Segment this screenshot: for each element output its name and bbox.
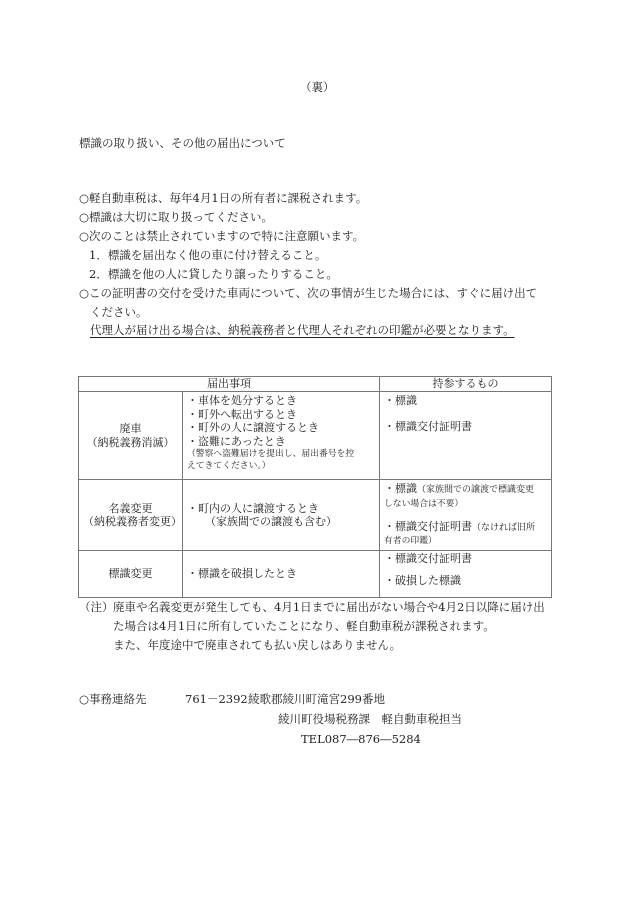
row-type: 廃車 （納税義務消滅） (79, 392, 183, 480)
row-conditions: ・車体を処分するとき ・町外へ転出するとき ・町外の人に譲渡するとき ・盗難にあ… (183, 392, 380, 480)
row-items: ・標識 ・標識交付証明書 (380, 392, 552, 480)
table-row: 標識変更 ・標識を破損したとき ・標識交付証明書 ・破損した標識 (79, 551, 552, 598)
prohibited-item-1: 1．標識を届出なく他の車に付け替えること。 (89, 248, 326, 263)
row-conditions: ・町内の人に譲渡するとき （家族間での譲渡も含む） (183, 480, 380, 551)
agent-notice: 代理人が届け出る場合は、納税義務者と代理人それぞれの印鑑が必要となります。 (90, 323, 515, 338)
type-sublabel: （納税義務消滅） (83, 436, 178, 450)
row-type: 名義変更 （納税義務者変更） (79, 480, 183, 551)
type-label: 名義変更 (83, 502, 178, 516)
note-label: （注） (79, 600, 114, 615)
notice-prohibited: ○次のことは禁止されていますので特に注意願います。 (79, 229, 364, 244)
item-note: 有者の印鑑） (384, 535, 547, 547)
contact-postal-code: 761－2392 (185, 692, 248, 707)
table-row: 名義変更 （納税義務者変更） ・町内の人に譲渡するとき （家族間での譲渡も含む）… (79, 480, 552, 551)
certificate-notice-line2: ください。 (90, 305, 148, 320)
header-items-to-bring: 持参するもの (380, 377, 552, 392)
condition: ・町内の人に譲渡するとき (187, 502, 375, 516)
certificate-notice-line1: ○この証明書の交付を受けた車両について、次の事情が生じた場合には、すぐに届け出て (79, 286, 537, 301)
item: ・標識交付証明書（なければ旧所 (384, 520, 547, 536)
item: ・破損した標識 (384, 574, 547, 588)
item-note: しない場合は不要） (384, 498, 547, 510)
prohibited-item-2: 2．標識を他の人に貸したり譲ったりすること。 (89, 267, 338, 282)
item: ・標識 (384, 394, 547, 408)
condition: ・車体を処分するとき (187, 394, 375, 408)
note-line1: 廃車や名義変更が発生しても、4月1日までに届出がない場合や4月2日以降に届け出 (113, 600, 545, 615)
condition: ・盗難にあったとき (187, 435, 375, 449)
page-label: （裏） (300, 80, 335, 95)
type-label: 廃車 (83, 422, 178, 436)
item: ・標識交付証明書 (384, 420, 547, 434)
header-filing-item: 届出事項 (79, 377, 380, 392)
page-title: 標識の取り扱い、その他の届出について (79, 136, 286, 151)
item: ・標識（家族間での譲渡で標識変更 (384, 482, 547, 498)
filing-table: 届出事項 持参するもの 廃車 （納税義務消滅） ・車体を処分するとき ・町外へ転… (78, 376, 552, 598)
type-sublabel: （納税義務者変更） (83, 515, 178, 529)
row-conditions: ・標識を破損したとき (183, 551, 380, 598)
contact-address: 綾歌郡綾川町滝宮299番地 (248, 692, 385, 707)
item: ・標識交付証明書 (384, 552, 547, 566)
table-header-row: 届出事項 持参するもの (79, 377, 552, 392)
row-items: ・標識（家族間での譲渡で標識変更 しない場合は不要） ・標識交付証明書（なければ… (380, 480, 552, 551)
condition: ・町外の人に譲渡するとき (187, 421, 375, 435)
notice-tax: ○軽自動車税は、毎年4月1日の所有者に課税されます。 (79, 191, 367, 206)
contact-phone: TEL087―876―5284 (301, 732, 421, 747)
condition: ・町外へ転出するとき (187, 408, 375, 422)
row-items: ・標識交付証明書 ・破損した標識 (380, 551, 552, 598)
condition: ・標識を破損したとき (187, 567, 375, 581)
note-line2: た場合は4月1日に所有していたことになり、軽自動車税が課税されます。 (113, 619, 495, 634)
contact-label: ○事務連絡先 (79, 692, 147, 707)
type-label: 標識変更 (83, 567, 178, 581)
contact-department: 綾川町役場税務課 軽自動車税担当 (278, 712, 462, 727)
condition: （家族間での譲渡も含む） (187, 515, 375, 529)
condition-note: （警察へ盗難届けを提出し、届出番号を控 (187, 448, 375, 460)
row-type: 標識変更 (79, 551, 183, 598)
table-row: 廃車 （納税義務消滅） ・車体を処分するとき ・町外へ転出するとき ・町外の人に… (79, 392, 552, 480)
note-line3: また、年度途中で廃車されても払い戻しはありません。 (113, 638, 401, 653)
notice-handling: ○標識は大切に取り扱ってください。 (79, 210, 273, 225)
condition-note: えてきてください。） (187, 460, 375, 472)
